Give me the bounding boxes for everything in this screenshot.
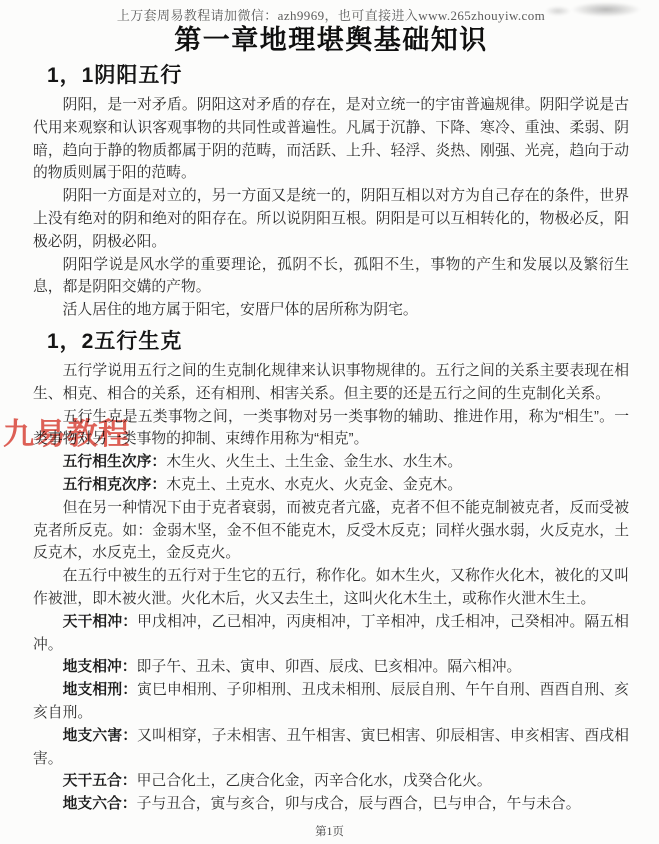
paragraph: 地支六合：子与丑合，寅与亥合，卯与戌合，辰与酉合，巳与申合，午与未合。 xyxy=(33,793,629,816)
paragraph-text: 子与丑合，寅与亥合，卯与戌合，辰与酉合，巳与申合，午与未合。 xyxy=(137,796,581,812)
paragraph: 五行相克次序：木克土、土克水、水克火、火克金、金克木。 xyxy=(33,474,629,497)
paragraph-label: 地支相冲： xyxy=(63,659,137,675)
paragraph: 五行学说用五行之间的生克制化规律来认识事物规律的。五行之间的关系主要表现在相生、… xyxy=(33,360,629,406)
paragraph-text: 但在另一种情况下由于克者衰弱，而被克者亢盛，克者不但不能克制被克者，反而受被克者… xyxy=(33,500,629,562)
paragraph-text: 阴阳学说是风水学的重要理论，孤阴不长，孤阳不生，事物的产生和发展以及繁衍生息，都… xyxy=(33,257,629,296)
paragraph-text: 活人居住的地方属于阳宅，安厝尸体的居所称为阴宅。 xyxy=(63,302,418,318)
paragraph-text: 五行学说用五行之间的生克制化规律来认识事物规律的。五行之间的关系主要表现在相生、… xyxy=(33,363,629,402)
paragraph-text: 甲己合化土，乙庚合化金，丙辛合化水，戊癸合化火。 xyxy=(137,773,492,789)
paragraph-label: 天干相冲： xyxy=(63,614,138,630)
footer-page-number: 第1页 xyxy=(0,823,659,839)
paragraph-label: 地支六合： xyxy=(63,796,137,812)
paragraph-label: 地支六害： xyxy=(63,728,138,744)
paragraph: 五行相生次序：木生火、火生土、土生金、金生水、水生木。 xyxy=(33,451,629,474)
paragraph: 阴阳学说是风水学的重要理论，孤阴不长，孤阳不生，事物的产生和发展以及繁衍生息，都… xyxy=(33,254,629,300)
paragraph: 阴阳一方面是对立的，另一方面又是统一的，阴阳互相以对方为自己存在的条件，世界上没… xyxy=(33,185,629,253)
header-note: 上万套周易教程请加微信：azh9969，也可直接进入www.265zhouyiw… xyxy=(33,5,629,24)
paragraph: 天干五合：甲己合化土，乙庚合化金，丙辛合化水，戊癸合化火。 xyxy=(33,770,629,793)
paragraph-text: 木克土、土克水、水克火、火克金、金克木。 xyxy=(166,477,462,493)
paragraph-text: 在五行中被生的五行对于生它的五行，称作化。如木生火，又称作火化木，被化的又叫作被… xyxy=(33,568,629,607)
paragraph-label: 天干五合： xyxy=(63,773,137,789)
paragraph-label: 地支相刑： xyxy=(63,682,138,698)
page-content: 上万套周易教程请加微信：azh9969，也可直接进入www.265zhouyiw… xyxy=(0,0,659,816)
paragraph: 但在另一种情况下由于克者衰弱，而被克者亢盛，克者不但不能克制被克者，反而受被克者… xyxy=(33,497,629,565)
paragraph: 地支相刑：寅巳申相刑、子卯相刑、丑戌未相刑、辰辰自刑、午午自刑、酉酉自刑、亥亥自… xyxy=(33,679,629,725)
paragraph: 天干相冲：甲戊相冲，乙已相冲，丙庚相冲，丁辛相冲，戊壬相冲，己癸相冲。隔五相冲。 xyxy=(33,611,629,657)
paragraph-text: 木生火、火生土、土生金、金生水、水生木。 xyxy=(166,454,462,470)
paragraph-text: 阴阳，是一对矛盾。阴阳这对矛盾的存在，是对立统一的宇宙普遍规律。阴阳学说是古代用… xyxy=(33,97,629,181)
paragraph-label: 五行相克次序： xyxy=(63,477,167,493)
paragraph: 阴阳，是一对矛盾。阴阳这对矛盾的存在，是对立统一的宇宙普遍规律。阴阳学说是古代用… xyxy=(33,94,629,185)
paragraph: 在五行中被生的五行对于生它的五行，称作化。如木生火，又称作火化木，被化的又叫作被… xyxy=(33,565,629,611)
paragraph-text: 即子午、丑未、寅申、卯酉、辰戌、巳亥相冲。隔六相冲。 xyxy=(137,659,522,675)
section-heading-wuxing: 1，2五行生克 xyxy=(47,329,629,355)
document-page: 上万套周易教程请加微信：azh9969，也可直接进入www.265zhouyiw… xyxy=(0,0,659,844)
paragraph-text: 阴阳一方面是对立的，另一方面又是统一的，阴阳互相以对方为自己存在的条件，世界上没… xyxy=(33,188,629,250)
page-title: 第一章地理堪舆基础知识 xyxy=(33,24,629,56)
section-heading-yinyang: 1，1阴阳五行 xyxy=(47,63,629,89)
watermark: 九易教程 xyxy=(3,409,130,453)
paragraph: 地支相冲：即子午、丑未、寅申、卯酉、辰戌、巳亥相冲。隔六相冲。 xyxy=(33,656,629,679)
paragraph: 地支六害：又叫相穿，子未相害、丑午相害、寅巳相害、卯辰相害、申亥相害、酉戌相害。 xyxy=(33,725,629,771)
paragraph-label: 五行相生次序： xyxy=(63,454,167,470)
paragraph: 活人居住的地方属于阳宅，安厝尸体的居所称为阴宅。 xyxy=(33,299,629,322)
